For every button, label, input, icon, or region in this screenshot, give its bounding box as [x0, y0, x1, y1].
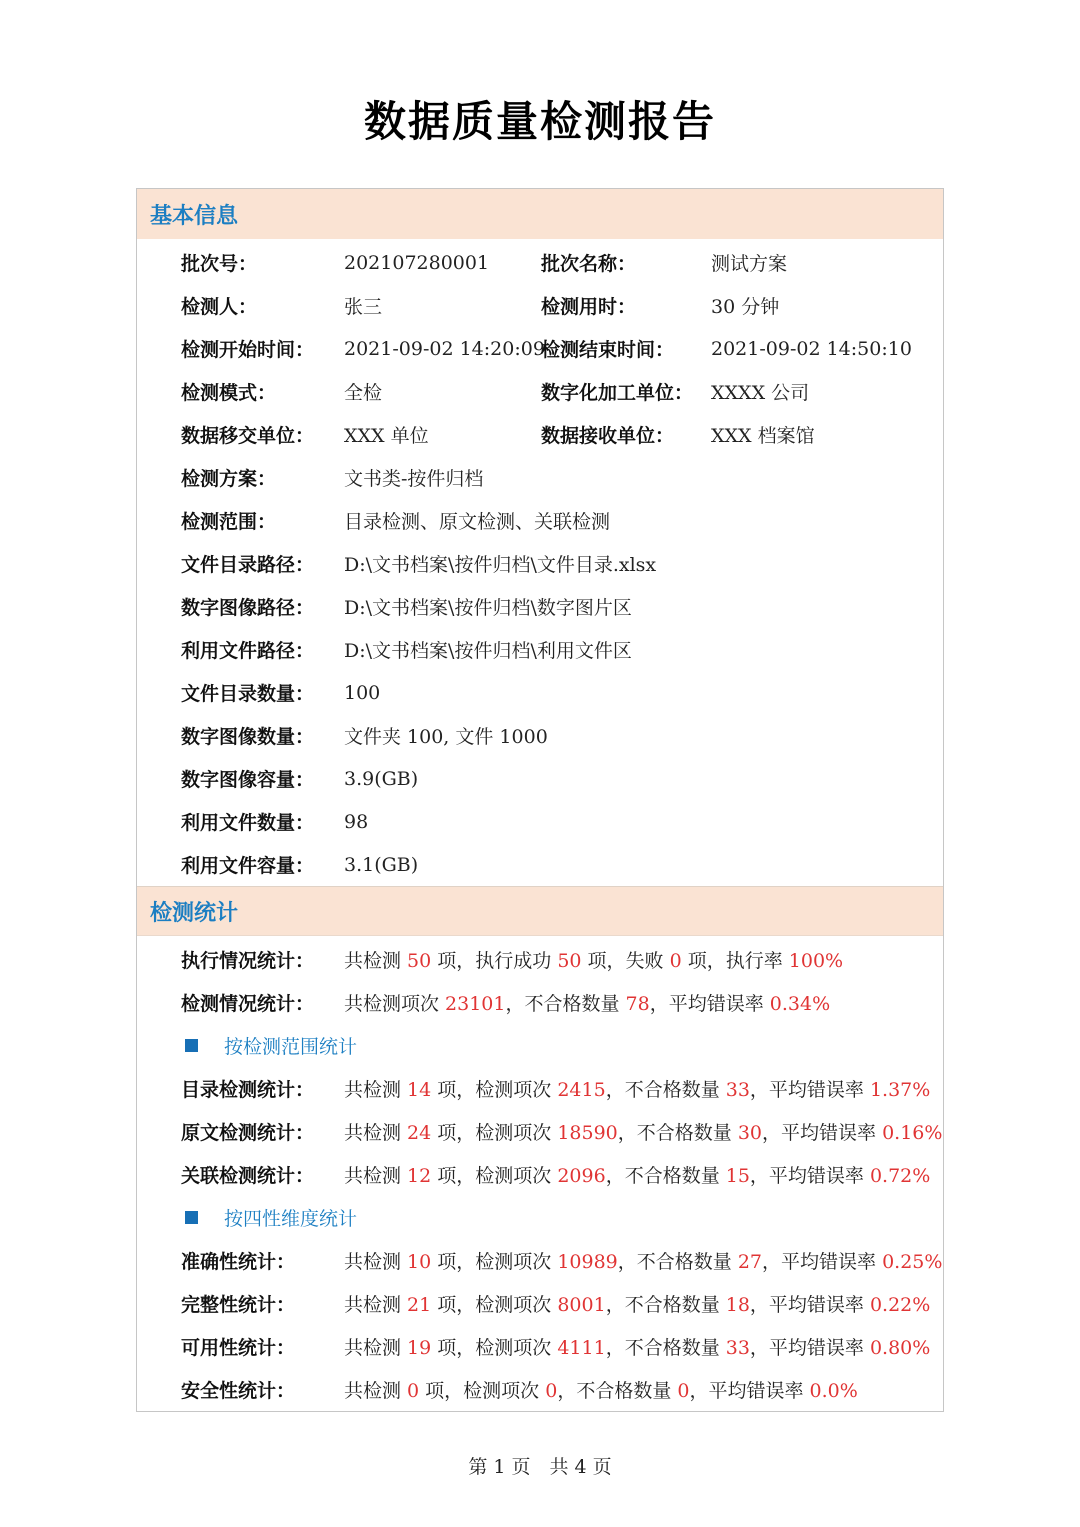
stat-text-segment: ，平均错误率	[750, 1294, 870, 1316]
stat-label: 检测情况统计：	[181, 989, 344, 1016]
stat-text-segment: 项，检测项次	[431, 1122, 557, 1144]
info-value: D:\文书档案\按件归档\利用文件区	[344, 636, 943, 663]
info-row: 文件目录数量：100	[137, 671, 943, 714]
stat-number: 2415	[557, 1079, 605, 1101]
stat-text-segment: ，不合格数量	[618, 1251, 738, 1273]
info-row: 检测模式：全检数字化加工单位：XXXX 公司	[137, 370, 943, 413]
stat-label: 准确性统计：	[181, 1247, 344, 1274]
stat-number: 78	[626, 993, 650, 1015]
stat-number: 33	[726, 1337, 750, 1359]
stat-number: 0	[677, 1380, 689, 1402]
stat-number: 100%	[789, 950, 843, 972]
subsection-title: 按检测范围统计	[224, 1032, 357, 1059]
stat-number: 12	[407, 1165, 431, 1187]
info-row: 检测方案：文书类-按件归档	[137, 456, 943, 499]
info-value: D:\文书档案\按件归档\文件目录.xlsx	[344, 550, 943, 577]
info-label: 数字图像容量：	[181, 765, 344, 792]
info-row: 检测开始时间：2021-09-02 14:20:09检测结束时间：2021-09…	[137, 327, 943, 370]
report-container: 基本信息 批次号：202107280001批次名称：测试方案检测人：张三检测用时…	[136, 188, 944, 1412]
stat-text-segment: 项，检测项次	[431, 1337, 557, 1359]
stat-text-segment: 共检测	[344, 1251, 407, 1273]
info-row: 数字图像容量：3.9(GB)	[137, 757, 943, 800]
stat-number: 0.34%	[770, 993, 830, 1015]
info-value: 2021-09-02 14:50:10	[711, 338, 943, 360]
info-row: 利用文件路径：D:\文书档案\按件归档\利用文件区	[137, 628, 943, 671]
info-label: 检测模式：	[181, 378, 344, 405]
stat-number: 27	[738, 1251, 762, 1273]
stat-text-segment: ，不合格数量	[606, 1079, 726, 1101]
stat-text: 共检测项次 23101，不合格数量 78，平均错误率 0.34%	[344, 989, 943, 1016]
stat-number: 0	[670, 950, 682, 972]
info-value: D:\文书档案\按件归档\数字图片区	[344, 593, 943, 620]
stat-number: 24	[407, 1122, 431, 1144]
basic-info-rows: 批次号：202107280001批次名称：测试方案检测人：张三检测用时：30 分…	[137, 239, 943, 886]
info-value: 文件夹 100, 文件 1000	[344, 722, 943, 749]
stat-text-segment: 项，执行率	[682, 950, 789, 972]
stat-number: 23101	[445, 993, 505, 1015]
stat-label: 执行情况统计：	[181, 946, 344, 973]
stat-text-segment: 项，检测项次	[431, 1294, 557, 1316]
info-value: 全检	[344, 378, 541, 405]
info-row: 批次号：202107280001批次名称：测试方案	[137, 241, 943, 284]
info-value: 目录检测、原文检测、关联检测	[344, 507, 943, 534]
stat-text-segment: ，平均错误率	[750, 1079, 870, 1101]
info-value: XXXX 公司	[711, 378, 943, 405]
stat-text-segment: ，不合格数量	[606, 1165, 726, 1187]
stat-label: 目录检测统计：	[181, 1075, 344, 1102]
stat-text: 共检测 24 项，检测项次 18590，不合格数量 30，平均错误率 0.16%	[344, 1118, 943, 1145]
stat-number: 10989	[557, 1251, 617, 1273]
info-label: 检测结束时间：	[541, 335, 711, 362]
stat-text-segment: 项，检测项次	[419, 1380, 545, 1402]
stat-label: 可用性统计：	[181, 1333, 344, 1360]
info-value: 202107280001	[344, 252, 541, 274]
stat-text-segment: 项，失败	[582, 950, 670, 972]
stat-text: 共检测 10 项，检测项次 10989，不合格数量 27，平均错误率 0.25%	[344, 1247, 943, 1274]
stat-text-segment: 项，执行成功	[431, 950, 557, 972]
stat-number: 1.37%	[870, 1079, 930, 1101]
stat-label: 原文检测统计：	[181, 1118, 344, 1145]
section-header-stats-label: 检测统计	[150, 896, 238, 927]
stat-label: 关联检测统计：	[181, 1161, 344, 1188]
info-row: 利用文件容量：3.1(GB)	[137, 843, 943, 886]
stat-number: 18590	[557, 1122, 617, 1144]
stat-text: 共检测 50 项，执行成功 50 项，失败 0 项，执行率 100%	[344, 946, 943, 973]
stat-number: 30	[738, 1122, 762, 1144]
stat-number: 21	[407, 1294, 431, 1316]
info-value: XXX 单位	[344, 421, 541, 448]
stat-text: 共检测 19 项，检测项次 4111，不合格数量 33，平均错误率 0.80%	[344, 1333, 943, 1360]
stat-row: 检测情况统计：共检测项次 23101，不合格数量 78，平均错误率 0.34%	[137, 981, 943, 1024]
stat-row: 执行情况统计：共检测 50 项，执行成功 50 项，失败 0 项，执行率 100…	[137, 938, 943, 981]
page-footer: 第 1 页 共 4 页	[0, 1452, 1080, 1479]
stat-text: 共检测 14 项，检测项次 2415，不合格数量 33，平均错误率 1.37%	[344, 1075, 943, 1102]
stat-text-segment: 项，检测项次	[431, 1251, 557, 1273]
info-row: 数字图像数量：文件夹 100, 文件 1000	[137, 714, 943, 757]
info-value: 30 分钟	[711, 292, 943, 319]
stat-text: 共检测 21 项，检测项次 8001，不合格数量 18，平均错误率 0.22%	[344, 1290, 943, 1317]
stat-text-segment: 项，检测项次	[431, 1165, 557, 1187]
stat-text-segment: ，不合格数量	[557, 1380, 677, 1402]
stat-number: 0.22%	[870, 1294, 930, 1316]
stat-text-segment: 共检测	[344, 1337, 407, 1359]
stat-number: 14	[407, 1079, 431, 1101]
info-label: 批次号：	[181, 249, 344, 276]
stat-row: 安全性统计：共检测 0 项，检测项次 0，不合格数量 0，平均错误率 0.0%	[137, 1368, 943, 1411]
info-value: 98	[344, 811, 943, 833]
stat-number: 50	[407, 950, 431, 972]
stat-number: 33	[726, 1079, 750, 1101]
info-label: 利用文件路径：	[181, 636, 344, 663]
info-label: 数据接收单位：	[541, 421, 711, 448]
stat-row: 原文检测统计：共检测 24 项，检测项次 18590，不合格数量 30，平均错误…	[137, 1110, 943, 1153]
stat-text-segment: ，平均错误率	[750, 1337, 870, 1359]
stat-text-segment: ，平均错误率	[750, 1165, 870, 1187]
stat-number: 0.25%	[882, 1251, 942, 1273]
stat-number: 18	[726, 1294, 750, 1316]
info-label: 利用文件数量：	[181, 808, 344, 835]
stat-text: 共检测 12 项，检测项次 2096，不合格数量 15，平均错误率 0.72%	[344, 1161, 943, 1188]
stat-text-segment: 共检测	[344, 950, 407, 972]
stat-number: 15	[726, 1165, 750, 1187]
section-header-basic-info-label: 基本信息	[150, 199, 238, 230]
info-label: 检测用时：	[541, 292, 711, 319]
info-value: XXX 档案馆	[711, 421, 943, 448]
bullet-square-icon	[185, 1211, 198, 1224]
stat-number: 50	[557, 950, 581, 972]
stat-text-segment: 共检测	[344, 1165, 407, 1187]
stat-row: 准确性统计：共检测 10 项，检测项次 10989，不合格数量 27，平均错误率…	[137, 1239, 943, 1282]
stat-number: 10	[407, 1251, 431, 1273]
stat-number: 8001	[557, 1294, 605, 1316]
section-header-basic-info: 基本信息	[137, 189, 943, 239]
stat-text-segment: 共检测	[344, 1294, 407, 1316]
info-label: 文件目录路径：	[181, 550, 344, 577]
stat-text-segment: 共检测	[344, 1122, 407, 1144]
stat-row: 可用性统计：共检测 19 项，检测项次 4111，不合格数量 33，平均错误率 …	[137, 1325, 943, 1368]
subsection-title: 按四性维度统计	[224, 1204, 357, 1231]
info-value: 文书类-按件归档	[344, 464, 943, 491]
stats-lines: 执行情况统计：共检测 50 项，执行成功 50 项，失败 0 项，执行率 100…	[137, 936, 943, 1411]
info-value: 100	[344, 682, 943, 704]
stat-number: 0.80%	[870, 1337, 930, 1359]
stat-text-segment: ，平均错误率	[762, 1122, 882, 1144]
info-row: 检测范围：目录检测、原文检测、关联检测	[137, 499, 943, 542]
page-title: 数据质量检测报告	[0, 0, 1080, 150]
info-row: 文件目录路径：D:\文书档案\按件归档\文件目录.xlsx	[137, 542, 943, 585]
stat-text-segment: 共检测项次	[344, 993, 445, 1015]
info-value: 3.1(GB)	[344, 854, 943, 876]
info-label: 数据移交单位：	[181, 421, 344, 448]
info-value: 2021-09-02 14:20:09	[344, 338, 541, 360]
info-label: 数字化加工单位：	[541, 378, 711, 405]
stat-text-segment: ，不合格数量	[606, 1337, 726, 1359]
stat-text-segment: ，平均错误率	[689, 1380, 809, 1402]
stat-text-segment: ，平均错误率	[650, 993, 770, 1015]
info-label: 数字图像路径：	[181, 593, 344, 620]
info-value: 3.9(GB)	[344, 768, 943, 790]
stat-text-segment: 共检测	[344, 1380, 407, 1402]
info-row: 利用文件数量：98	[137, 800, 943, 843]
info-row: 数据移交单位：XXX 单位数据接收单位：XXX 档案馆	[137, 413, 943, 456]
stat-number: 4111	[557, 1337, 605, 1359]
stat-text: 共检测 0 项，检测项次 0，不合格数量 0，平均错误率 0.0%	[344, 1376, 943, 1403]
info-label: 批次名称：	[541, 249, 711, 276]
stat-row: 目录检测统计：共检测 14 项，检测项次 2415，不合格数量 33，平均错误率…	[137, 1067, 943, 1110]
stat-label: 安全性统计：	[181, 1376, 344, 1403]
stat-number: 2096	[557, 1165, 605, 1187]
bullet-square-icon	[185, 1039, 198, 1052]
stat-number: 0.16%	[882, 1122, 942, 1144]
subsection-heading: 按检测范围统计	[137, 1024, 943, 1067]
stat-row: 完整性统计：共检测 21 项，检测项次 8001，不合格数量 18，平均错误率 …	[137, 1282, 943, 1325]
info-label: 检测人：	[181, 292, 344, 319]
info-label: 文件目录数量：	[181, 679, 344, 706]
stat-number: 19	[407, 1337, 431, 1359]
stat-number: 0.72%	[870, 1165, 930, 1187]
subsection-heading: 按四性维度统计	[137, 1196, 943, 1239]
info-row: 检测人：张三检测用时：30 分钟	[137, 284, 943, 327]
info-label: 检测开始时间：	[181, 335, 344, 362]
stat-label: 完整性统计：	[181, 1290, 344, 1317]
info-label: 检测方案：	[181, 464, 344, 491]
info-row: 数字图像路径：D:\文书档案\按件归档\数字图片区	[137, 585, 943, 628]
stat-text-segment: ，不合格数量	[618, 1122, 738, 1144]
stat-text-segment: 共检测	[344, 1079, 407, 1101]
info-value: 张三	[344, 292, 541, 319]
stat-number: 0	[407, 1380, 419, 1402]
stat-row: 关联检测统计：共检测 12 项，检测项次 2096，不合格数量 15，平均错误率…	[137, 1153, 943, 1196]
stat-text-segment: 项，检测项次	[431, 1079, 557, 1101]
info-label: 利用文件容量：	[181, 851, 344, 878]
stat-text-segment: ，不合格数量	[506, 993, 626, 1015]
stat-number: 0	[545, 1380, 557, 1402]
stat-number: 0.0%	[810, 1380, 858, 1402]
stat-text-segment: ，平均错误率	[762, 1251, 882, 1273]
info-label: 数字图像数量：	[181, 722, 344, 749]
section-header-stats: 检测统计	[137, 886, 943, 936]
info-label: 检测范围：	[181, 507, 344, 534]
info-value: 测试方案	[711, 249, 943, 276]
stat-text-segment: ，不合格数量	[606, 1294, 726, 1316]
